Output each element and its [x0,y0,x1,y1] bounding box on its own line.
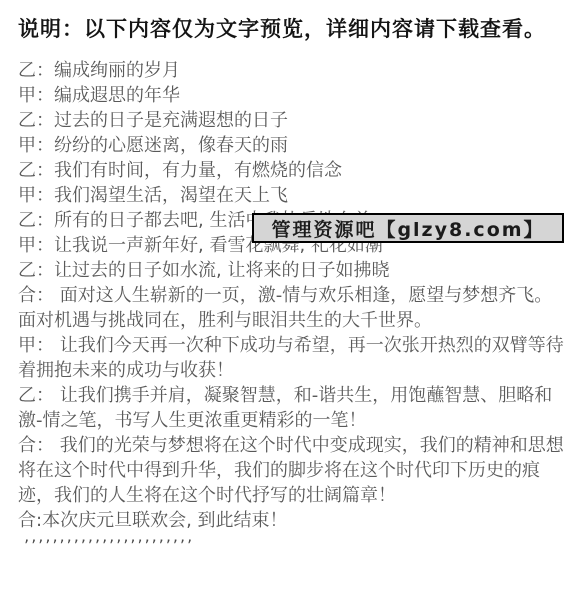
script-line: 合： 我们的光荣与梦想将在这个时代中变成现实，我们的精神和思想将在这个时代中得到… [18,433,564,508]
script-line: 乙：我们有时间，有力量，有燃烧的信念 [18,158,564,183]
script-line: 乙：让过去的日子如水流, 让将来的日子如拂晓 [18,258,564,283]
script-line: 甲：纷纷的心愿迷离，像春天的雨 [18,133,564,158]
watermark-badge: 管理资源吧【glzy8.com】 [252,213,564,243]
script-line: 甲：编成遐思的年华 [18,83,564,108]
script-line: 合:本次庆元旦联欢会, 到此结束！ [18,508,564,533]
script-line: 甲： 让我们今天再一次种下成功与希望，再一次张开热烈的双臂等待着拥抱未来的成功与… [18,333,564,383]
script-line: 乙：编成绚丽的岁月 [18,58,564,83]
script-line: 甲：我们渴望生活，渴望在天上飞 [18,183,564,208]
document-preview-page: 说明：以下内容仅为文字预览，详细内容请下载查看。 乙：编成绚丽的岁月 甲：编成遐… [0,0,578,600]
watermark-text: 管理资源吧【glzy8.com】 [271,215,544,242]
script-line: 乙：过去的日子是充满遐想的日子 [18,108,564,133]
preview-notice-title: 说明：以下内容仅为文字预览，详细内容请下载查看。 [0,0,578,42]
script-line: 乙： 让我们携手并肩，凝聚智慧，和-谐共生，用饱蘸智慧、胆略和激-情之笔，书写人… [18,383,564,433]
trailing-ellipsis: ’’’’’’’’’’’’’’’’’’’’’’’’ [18,533,564,558]
script-body: 乙：编成绚丽的岁月 甲：编成遐思的年华 乙：过去的日子是充满遐想的日子 甲：纷纷… [0,42,578,558]
script-line: 合： 面对这人生崭新的一页，激-情与欢乐相逢，愿望与梦想齐飞。面对机遇与挑战同在… [18,283,564,333]
